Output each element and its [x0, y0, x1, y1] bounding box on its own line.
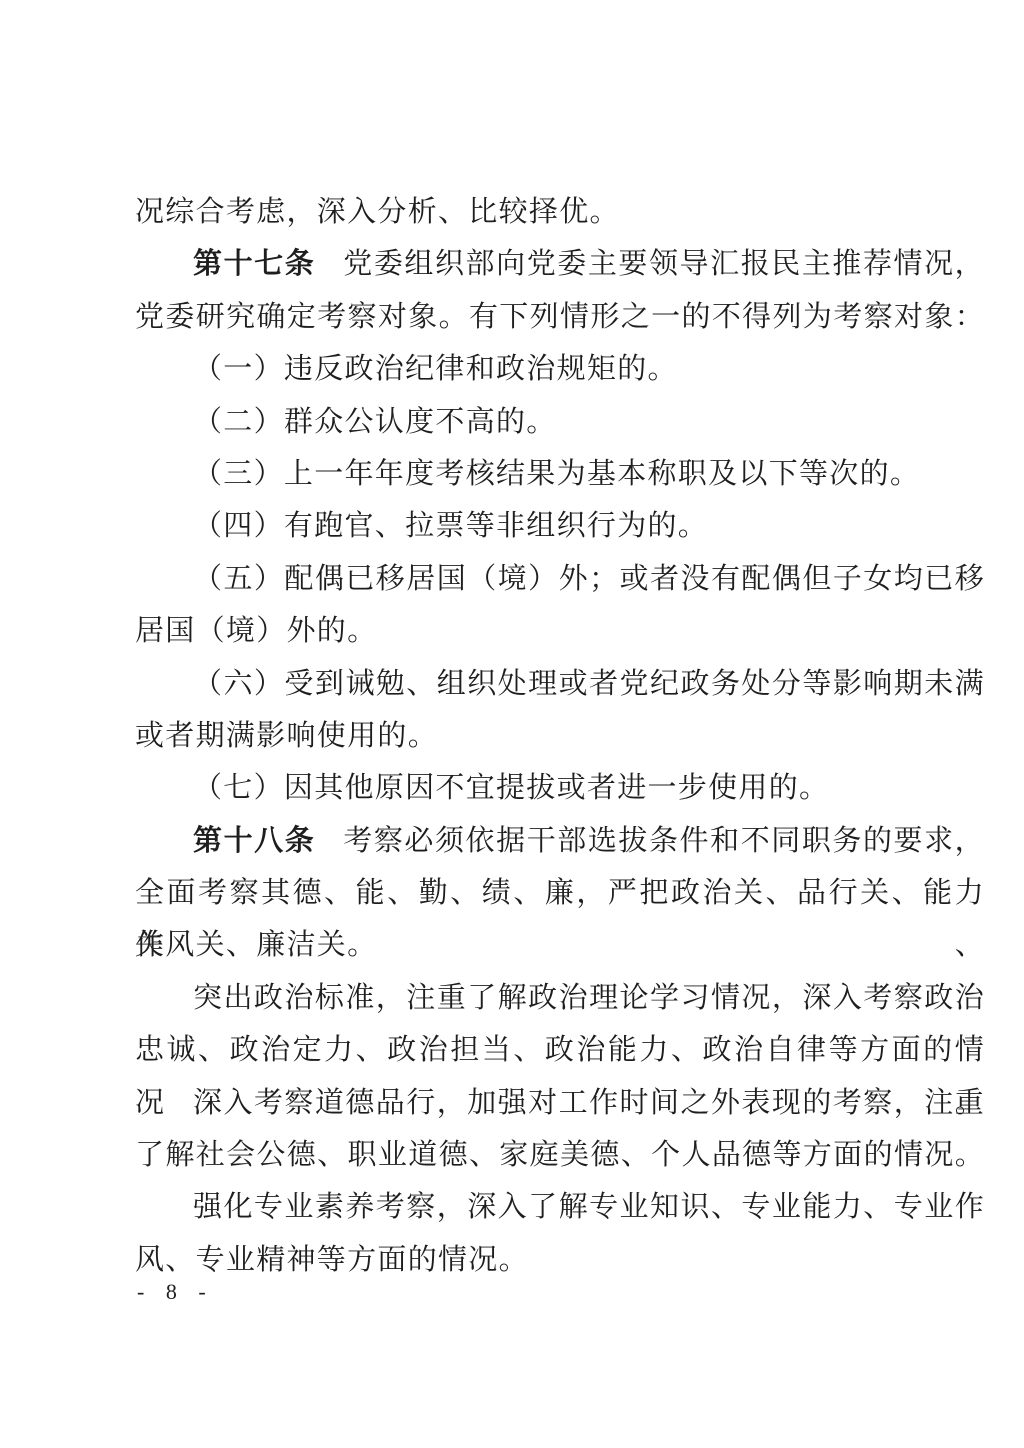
paragraph-continuation-line: 况综合考虑，深入分析、比较择优。 — [135, 186, 985, 238]
article-17-heading-text: 党委组织部向党委主要领导汇报民主推荐情况， — [343, 248, 985, 280]
article-18-number: 第十八条 — [193, 825, 315, 857]
document-page: 况综合考虑，深入分析、比较择优。 第十七条党委组织部向党委主要领导汇报民主推荐情… — [0, 0, 1024, 1448]
article-17-heading-line: 第十七条党委组织部向党委主要领导汇报民主推荐情况， — [135, 238, 985, 290]
item-5-line-2: 居国（境）外的。 — [135, 605, 985, 657]
professional-quality-line-1: 强化专业素养考察，深入了解专业知识、专业能力、专业作 — [135, 1181, 985, 1233]
professional-quality-line-2: 风、专业精神等方面的情况。 — [135, 1234, 985, 1286]
item-5-line-1: （五）配偶已移居国（境）外；或者没有配偶但子女均已移 — [135, 553, 985, 605]
article-18-body-line-1: 全面考察其德、能、勤、绩、廉，严把政治关、品行关、能力关、 — [135, 867, 985, 919]
item-4-line: （四）有跑官、拉票等非组织行为的。 — [135, 500, 985, 552]
article-17-body-line: 党委研究确定考察对象。有下列情形之一的不得列为考察对象： — [135, 291, 985, 343]
political-standard-line-1: 突出政治标准，注重了解政治理论学习情况，深入考察政治 — [135, 972, 985, 1024]
article-18-heading-line: 第十八条考察必须依据干部选拔条件和不同职务的要求， — [135, 815, 985, 867]
item-7-line: （七）因其他原因不宜提拔或者进一步使用的。 — [135, 762, 985, 814]
article-18-heading-text: 考察必须依据干部选拔条件和不同职务的要求， — [343, 825, 985, 857]
moral-conduct-line-2: 了解社会公德、职业道德、家庭美德、个人品德等方面的情况。 — [135, 1129, 985, 1181]
item-2-line: （二）群众公认度不高的。 — [135, 396, 985, 448]
moral-conduct-line-1: 深入考察道德品行，加强对工作时间之外表现的考察，注重 — [135, 1077, 985, 1129]
page-number: - 8 - — [137, 1276, 213, 1308]
article-17-number: 第十七条 — [193, 248, 315, 280]
item-3-line: （三）上一年年度考核结果为基本称职及以下等次的。 — [135, 448, 985, 500]
item-6-line-1: （六）受到诫勉、组织处理或者党纪政务处分等影响期未满 — [135, 658, 985, 710]
document-body: 况综合考虑，深入分析、比较择优。 第十七条党委组织部向党委主要领导汇报民主推荐情… — [135, 186, 985, 1286]
political-standard-line-2: 忠诚、政治定力、政治担当、政治能力、政治自律等方面的情况。 — [135, 1024, 985, 1076]
item-1-line: （一）违反政治纪律和政治规矩的。 — [135, 343, 985, 395]
item-6-line-2: 或者期满影响使用的。 — [135, 710, 985, 762]
